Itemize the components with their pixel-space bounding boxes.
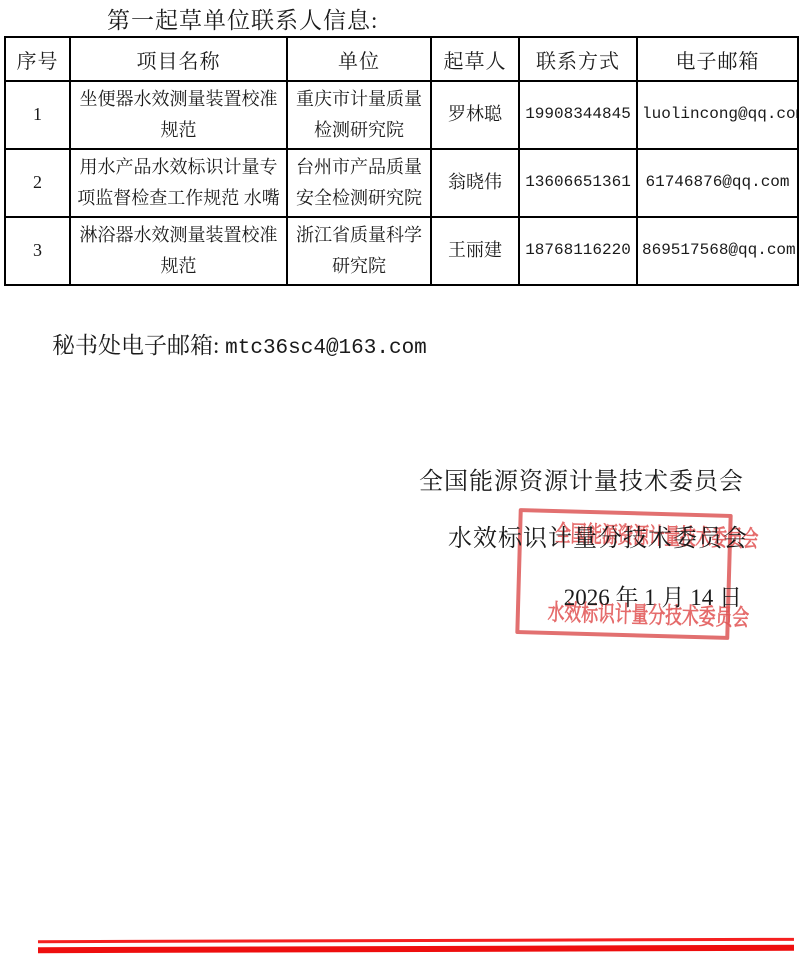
contact-table: 序号 项目名称 单位 起草人 联系方式 电子邮箱 1 坐便器水效测量装置校准规范… <box>4 36 799 286</box>
cell-unit: 浙江省质量科学研究院 <box>287 217 431 285</box>
page-title: 第一起草单位联系人信息: <box>107 2 378 35</box>
col-header-drafter: 起草人 <box>431 37 519 81</box>
col-header-phone: 联系方式 <box>519 37 637 81</box>
cell-email: 61746876@qq.com <box>637 149 798 217</box>
cell-drafter: 翁晓伟 <box>431 149 519 217</box>
cell-unit: 重庆市计量质量检测研究院 <box>287 81 431 149</box>
table-row: 3 淋浴器水效测量装置校准规范 浙江省质量科学研究院 王丽建 187681162… <box>5 217 798 285</box>
col-header-no: 序号 <box>5 37 70 81</box>
cell-project: 坐便器水效测量装置校准规范 <box>70 81 287 149</box>
cell-phone: 13606651361 <box>519 149 637 217</box>
committee-name-line1: 全国能源资源计量技术委员会 <box>419 461 744 496</box>
table-row: 2 用水产品水效标识计量专项监督检查工作规范 水嘴 台州市产品质量安全检测研究院… <box>5 149 798 217</box>
col-header-project: 项目名称 <box>70 37 287 81</box>
cell-project: 淋浴器水效测量装置校准规范 <box>70 217 287 285</box>
cell-unit: 台州市产品质量安全检测研究院 <box>287 149 431 217</box>
footer-rule-thick <box>38 945 794 953</box>
signature-block: 全国能源资源计量技术委员会 水效标识计量分技术委员会 2026 年 1 月 14… <box>419 461 744 612</box>
table-row: 1 坐便器水效测量装置校准规范 重庆市计量质量检测研究院 罗林聪 1990834… <box>5 81 798 149</box>
table-header-row: 序号 项目名称 单位 起草人 联系方式 电子邮箱 <box>5 37 798 81</box>
secretariat-email-line: 秘书处电子邮箱: mtc36sc4@163.com <box>52 327 427 360</box>
document-page: { "title": "第一起草单位联系人信息:", "table": { "h… <box>0 0 800 954</box>
cell-phone: 19908344845 <box>519 81 637 149</box>
col-header-email: 电子邮箱 <box>637 37 798 81</box>
footer-double-rule <box>38 938 794 953</box>
secretariat-email: mtc36sc4@163.com <box>225 337 427 360</box>
cell-email: luolincong@qq.com <box>637 81 798 149</box>
committee-name-line2: 水效标识计量分技术委员会 <box>419 518 748 553</box>
cell-no: 3 <box>5 217 70 285</box>
secretariat-label: 秘书处电子邮箱: <box>52 333 225 358</box>
cell-phone: 18768116220 <box>519 217 637 285</box>
cell-drafter: 罗林聪 <box>431 81 519 149</box>
signature-date: 2026 年 1 月 14 日 <box>419 579 742 612</box>
footer-rule-thin <box>38 938 794 943</box>
cell-drafter: 王丽建 <box>431 217 519 285</box>
col-header-unit: 单位 <box>287 37 431 81</box>
cell-no: 1 <box>5 81 70 149</box>
cell-project: 用水产品水效标识计量专项监督检查工作规范 水嘴 <box>70 149 287 217</box>
cell-no: 2 <box>5 149 70 217</box>
cell-email: 869517568@qq.com <box>637 217 798 285</box>
